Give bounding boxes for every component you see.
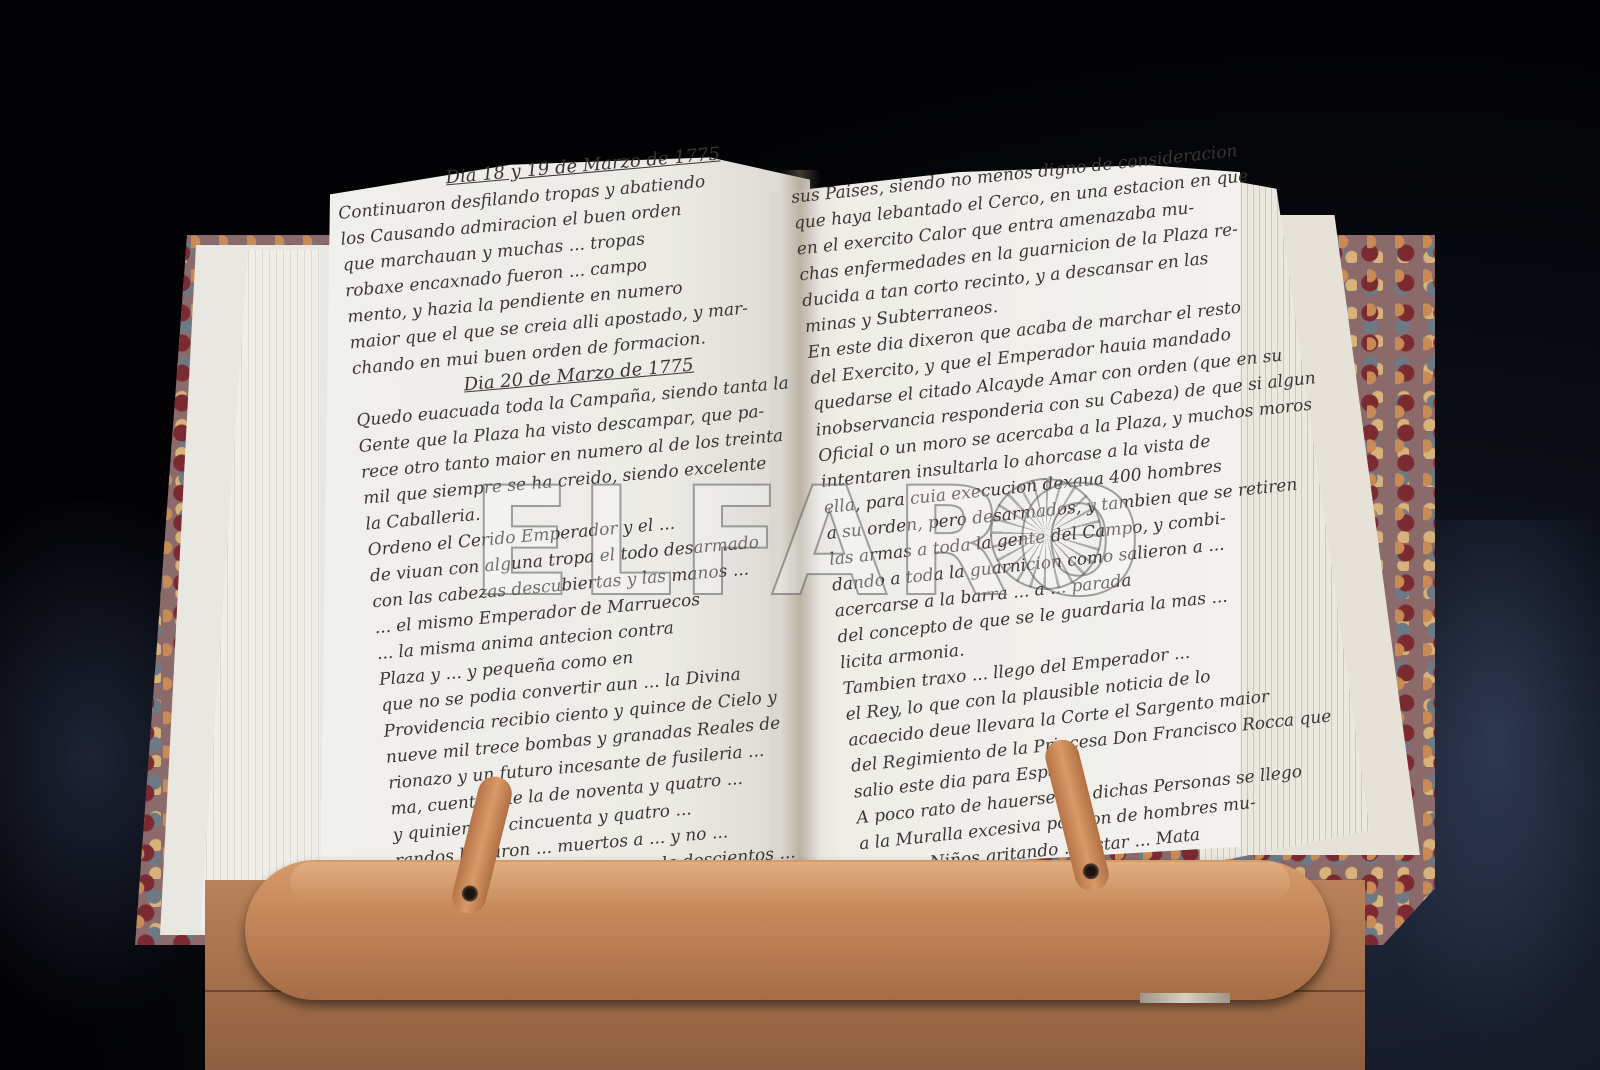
brass-hinge bbox=[1140, 993, 1230, 1003]
screw-icon bbox=[1081, 862, 1100, 881]
screw-icon bbox=[460, 884, 479, 903]
photo-scene: Dia 18 y 19 de Marzo de 1775 Continuaron… bbox=[0, 0, 1600, 1070]
ledge-top-edge bbox=[290, 862, 1290, 902]
lighthouse-sunburst-icon bbox=[990, 478, 1102, 590]
